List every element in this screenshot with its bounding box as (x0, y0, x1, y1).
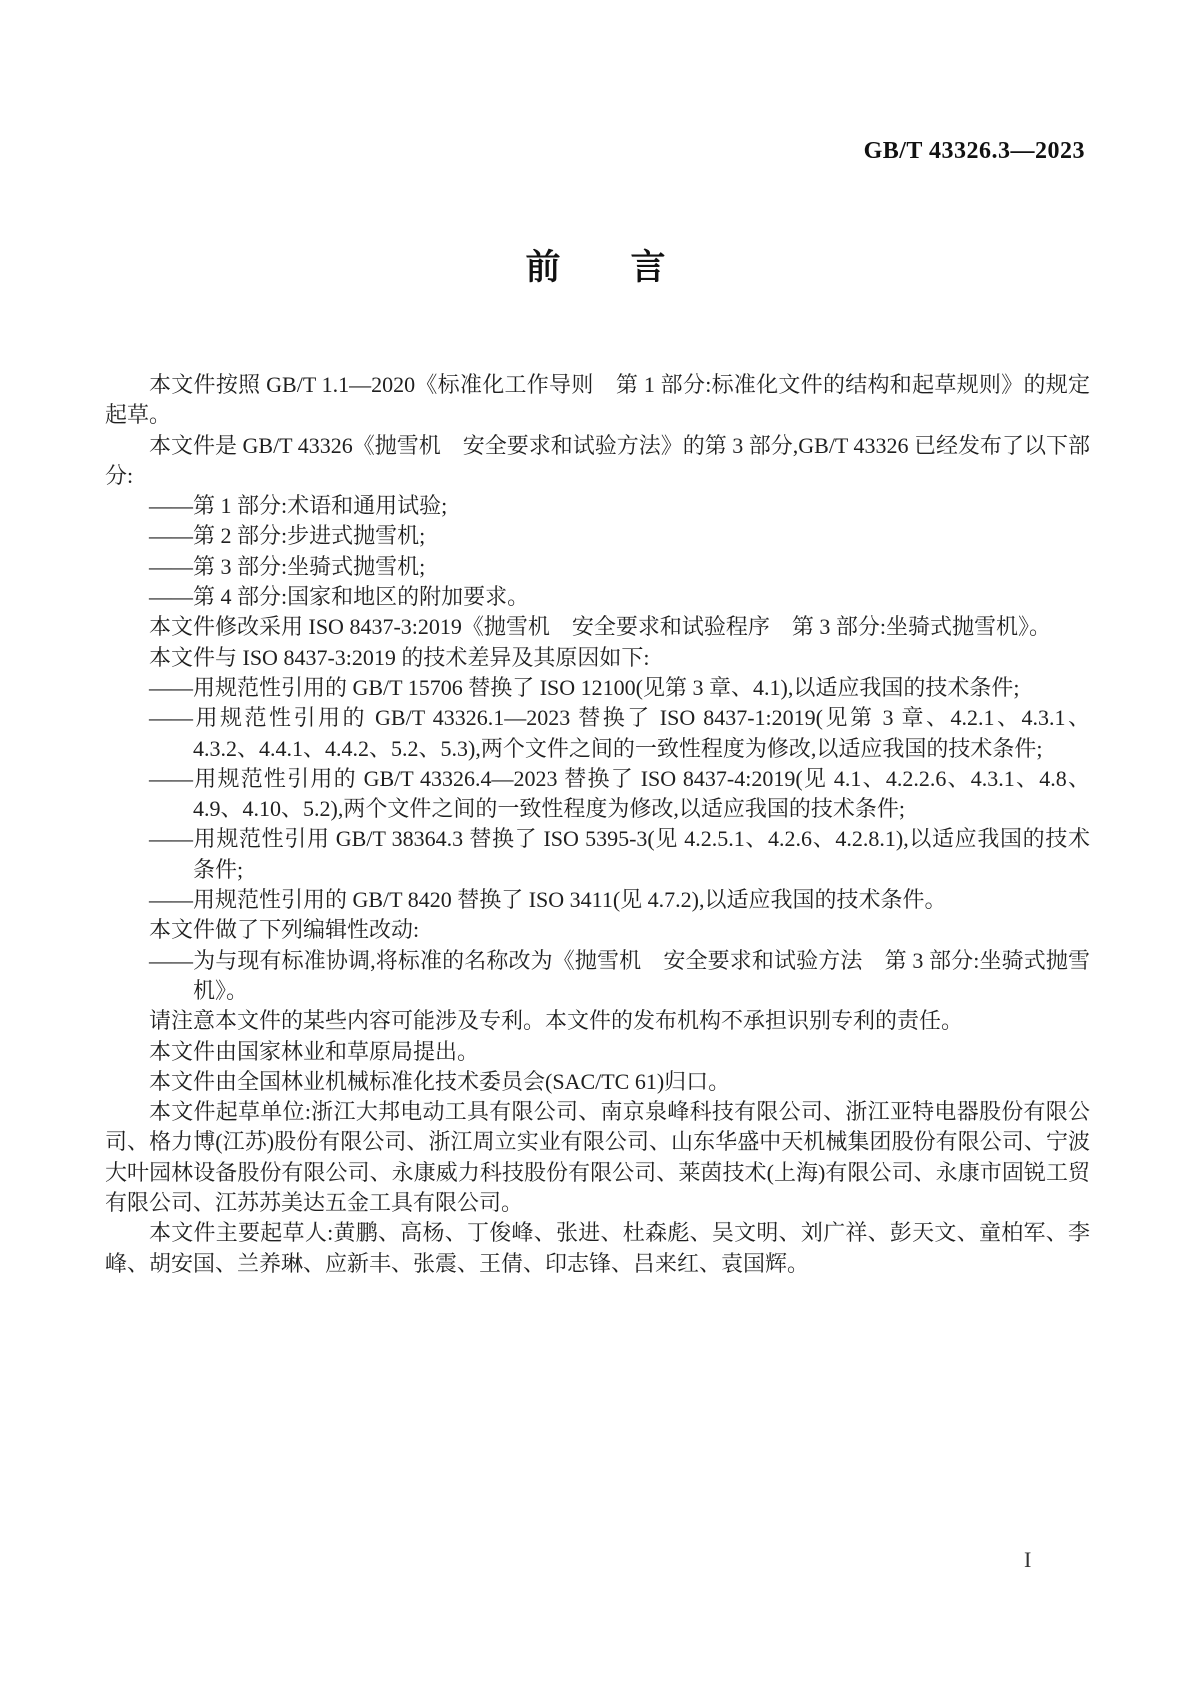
foreword-body: 本文件按照 GB/T 1.1—2020《标准化工作导则 第 1 部分:标准化文件… (105, 370, 1090, 1279)
foreword-list-item: ——用规范性引用的 GB/T 43326.4—2023 替换了 ISO 8437… (105, 764, 1090, 825)
foreword-paragraph: 本文件由全国林业机械标准化技术委员会(SAC/TC 61)归口。 (105, 1067, 1090, 1097)
foreword-list-item: ——用规范性引用的 GB/T 15706 替换了 ISO 12100(见第 3 … (105, 673, 1090, 703)
page-title: 前 言 (0, 240, 1191, 290)
foreword-paragraph: 本文件做了下列编辑性改动: (105, 915, 1090, 945)
foreword-list-item: ——为与现有标准协调,将标准的名称改为《抛雪机 安全要求和试验方法 第 3 部分… (105, 946, 1090, 1007)
foreword-list-item: ——用规范性引用的 GB/T 43326.1—2023 替换了 ISO 8437… (105, 703, 1090, 764)
foreword-paragraph: 本文件是 GB/T 43326《抛雪机 安全要求和试验方法》的第 3 部分,GB… (105, 431, 1090, 492)
foreword-list-item: ——第 1 部分:术语和通用试验; (105, 491, 1090, 521)
foreword-list-item: ——第 2 部分:步进式抛雪机; (105, 521, 1090, 551)
standard-number: GB/T 43326.3—2023 (864, 138, 1085, 165)
foreword-list-item: ——第 3 部分:坐骑式抛雪机; (105, 552, 1090, 582)
foreword-paragraph: 本文件与 ISO 8437-3:2019 的技术差异及其原因如下: (105, 643, 1090, 673)
foreword-list-item: ——用规范性引用的 GB/T 8420 替换了 ISO 3411(见 4.7.2… (105, 885, 1090, 915)
foreword-paragraph: 本文件主要起草人:黄鹏、高杨、丁俊峰、张进、杜森彪、吴文明、刘广祥、彭天文、童柏… (105, 1218, 1090, 1279)
foreword-list-item: ——第 4 部分:国家和地区的附加要求。 (105, 582, 1090, 612)
page-number: I (1024, 1547, 1031, 1573)
foreword-paragraph: 请注意本文件的某些内容可能涉及专利。本文件的发布机构不承担识别专利的责任。 (105, 1006, 1090, 1036)
foreword-list-item: ——用规范性引用 GB/T 38364.3 替换了 ISO 5395-3(见 4… (105, 824, 1090, 885)
foreword-paragraph: 本文件由国家林业和草原局提出。 (105, 1037, 1090, 1067)
foreword-paragraph: 本文件修改采用 ISO 8437-3:2019《抛雪机 安全要求和试验程序 第 … (105, 612, 1090, 642)
foreword-paragraph: 本文件起草单位:浙江大邦电动工具有限公司、南京泉峰科技有限公司、浙江亚特电器股份… (105, 1097, 1090, 1218)
document-page: GB/T 43326.3—2023 前 言 本文件按照 GB/T 1.1—202… (0, 0, 1191, 1685)
foreword-paragraph: 本文件按照 GB/T 1.1—2020《标准化工作导则 第 1 部分:标准化文件… (105, 370, 1090, 431)
